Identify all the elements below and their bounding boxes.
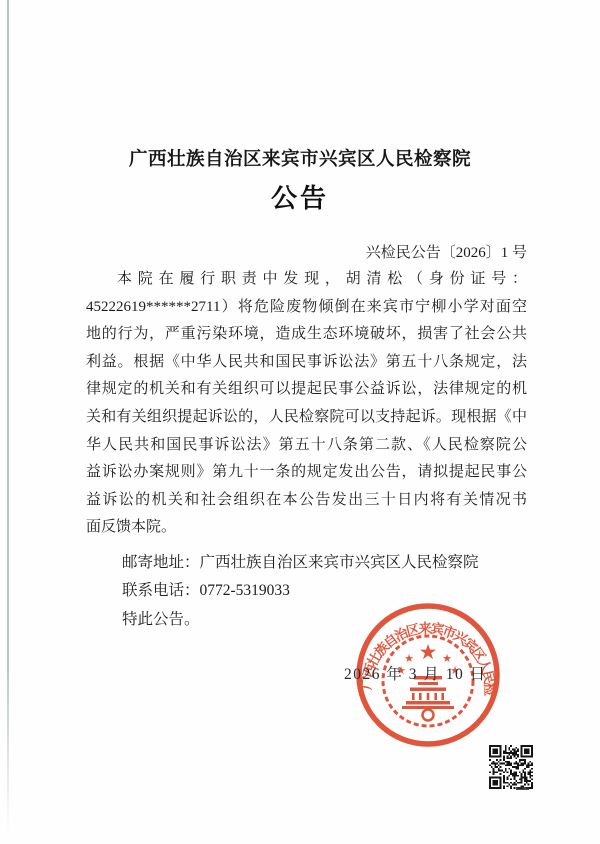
- body-line: 面反馈本院。: [86, 514, 527, 542]
- issuer-title: 广西壮族自治区来宾市兴宾区人民检察院: [0, 145, 600, 171]
- notice-title: 公告: [0, 178, 600, 215]
- body-line: 地的行为，严重污染环境，造成生态环境破坏，损害了社会公共: [86, 321, 527, 349]
- document-page: 广西壮族自治区来宾市兴宾区人民检察院 公告 兴检民公告〔2026〕1 号 本院在…: [0, 0, 600, 844]
- body-line: 益诉讼办案规则》第九十一条的规定发出公告，请拟提起民事公: [86, 459, 527, 487]
- scan-edge-line: [7, 0, 9, 834]
- body-line: 关和有关组织提起诉讼的，人民检察院可以支持起诉。现根据《中: [86, 404, 527, 432]
- qr-code-icon: [489, 745, 533, 789]
- body-line: 益诉讼的机关和社会组织在本公告发出三十日内将有关情况书: [86, 487, 527, 515]
- body-line: 本院在履行职责中发现，胡清松（身份证号：: [86, 266, 527, 294]
- body-line: 律规定的机关和有关组织可以提起民事公益诉讼，法律规定的机: [86, 376, 527, 404]
- body-line: 45222619******2711）将危险废物倾倒在来宾市宁柳小学对面空: [86, 294, 527, 322]
- qr-caption-smudge: [516, 787, 529, 790]
- mailing-address: 邮寄地址：广西壮族自治区来宾市兴宾区人民检察院: [86, 549, 527, 577]
- body-paragraph: 本院在履行职责中发现，胡清松（身份证号： 45222619******2711）…: [86, 266, 527, 542]
- body-line: 利益。根据《中华人民共和国民事诉讼法》第五十八条规定，法: [86, 349, 527, 377]
- emblem-gear: [423, 710, 434, 721]
- body-line: 华人民共和国民事诉讼法》第五十八条第二款、《人民检察院公: [86, 432, 527, 460]
- svg-text:★: ★: [419, 640, 438, 664]
- issue-date: 2026 年 3 月 10 日: [344, 662, 487, 684]
- document-number: 兴检民公告〔2026〕1 号: [366, 241, 527, 262]
